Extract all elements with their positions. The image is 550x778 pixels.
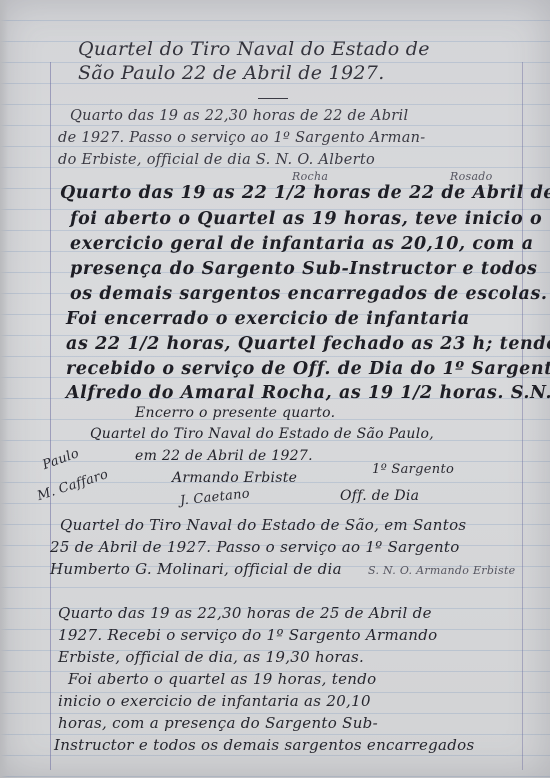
entry1-line-3: do Erbiste, official de dia S. N. O. Alb… [58, 152, 375, 168]
signature-title-sargento: 1º Sargento [372, 462, 454, 477]
entry2-line-1: Quarto das 19 as 22 1/2 horas de 22 de A… [60, 183, 550, 203]
entry2-line-2: foi aberto o Quartel as 19 horas, teve i… [70, 209, 542, 229]
entry3-line-3: Humberto G. Molinari, official de dia [50, 560, 342, 578]
closing-line-2: Quartel do Tiro Naval do Estado de São P… [90, 426, 434, 442]
entry4-line-6: horas, com a presença do Sargento Sub- [58, 714, 378, 732]
entry2-line-9: Alfredo do Amaral Rocha, as 19 1/2 horas… [66, 383, 550, 403]
entry2-line-7: as 22 1/2 horas, Quartel fechado as 23 h… [66, 334, 550, 354]
entry3-stamp-signature: S. N. O. Armando Erbiste [368, 564, 515, 577]
left-margin-rule [50, 62, 51, 770]
entry4-line-5: inicio o exercicio de infantaria as 20,1… [58, 692, 371, 710]
entry2-line-3: exercicio geral de infantaria as 20,10, … [70, 234, 534, 254]
entry2-line-5: os demais sargentos encarregados de esco… [70, 284, 548, 304]
ledger-page: Quartel do Tiro Naval do Estado de São P… [0, 0, 550, 778]
entry2-line-6: Foi encerrado o exercicio de infantaria [66, 309, 470, 329]
right-margin-rule [522, 62, 523, 770]
page-edge-shadow [0, 0, 8, 778]
entry4-line-7: Instructor e todos os demais sargentos e… [54, 736, 475, 754]
header-line-2: São Paulo 22 de Abril de 1927. [78, 62, 385, 84]
entry3-line-2: 25 de Abril de 1927. Passo o serviço ao … [50, 538, 460, 556]
header-separator [258, 98, 288, 99]
entry2-line-8: recebido o serviço de Off. de Dia do 1º … [66, 359, 550, 379]
closing-line-1: Encerro o presente quarto. [135, 405, 335, 421]
entry1-line-2: de 1927. Passo o serviço ao 1º Sargento … [58, 130, 426, 146]
entry4-line-2: 1927. Recebi o serviço do 1º Sargento Ar… [58, 626, 437, 644]
closing-line-3: em 22 de Abril de 1927. [135, 448, 313, 464]
margin-signature-1: Paulo [41, 446, 82, 473]
entry4-line-1: Quarto das 19 as 22,30 horas de 25 de Ab… [58, 604, 432, 622]
bottom-signature: J. Caetano [179, 486, 250, 508]
entry3-line-1: Quartel do Tiro Naval do Estado de São, … [60, 516, 466, 534]
entry4-line-4: Foi aberto o quartel as 19 horas, tendo [68, 670, 376, 688]
header-line-1: Quartel do Tiro Naval do Estado de [78, 38, 430, 60]
entry4-line-3: Erbiste, official de dia, as 19,30 horas… [58, 648, 364, 666]
entry1-initials-right: Rosado [450, 170, 493, 183]
entry2-line-4: presença do Sargento Sub-Instructor e to… [70, 259, 537, 279]
signature-name: Armando Erbiste [172, 470, 297, 486]
signature-title-off-dia: Off. de Dia [340, 488, 419, 504]
entry1-initials: Rocha [292, 170, 328, 183]
entry1-line-1: Quarto das 19 as 22,30 horas de 22 de Ab… [70, 108, 408, 124]
